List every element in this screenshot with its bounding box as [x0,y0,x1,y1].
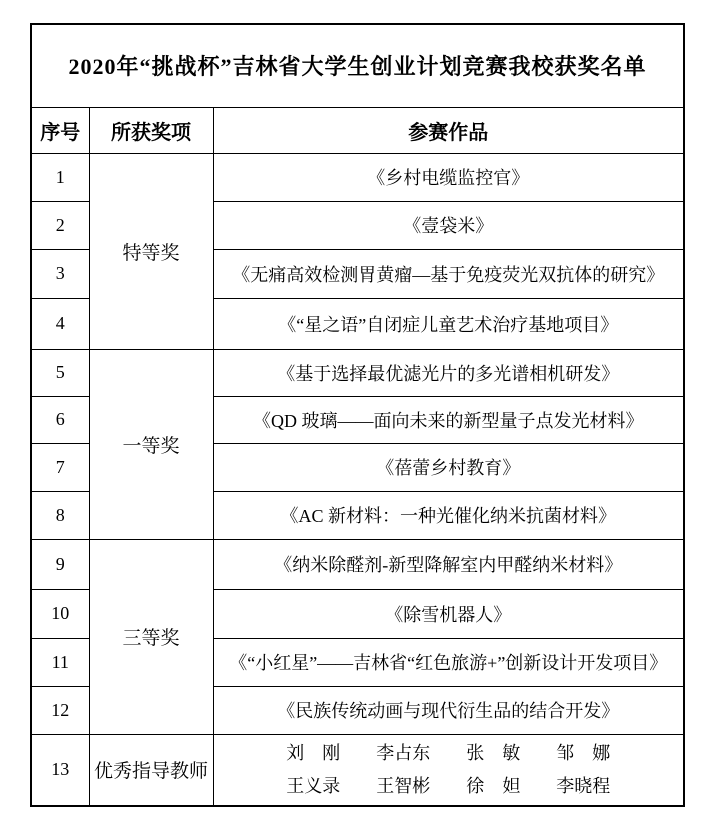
award-cell-advisors: 优秀指导教师 [89,734,213,806]
advisor-names-cell: 刘 刚 李占东 张 敏 邹 娜 王义录 王智彬 徐 妲 李晓程 [213,734,684,806]
header-no: 序号 [31,107,89,153]
document-page: 2020年“挑战杯”吉林省大学生创业计划竞赛我校获奖名单 序号 所获奖项 参赛作… [0,0,712,828]
award-cell-third-prize: 三等奖 [89,539,213,734]
table-row: 9 三等奖 《纳米除醛剂-新型降解室内甲醛纳米材料》 [31,539,684,589]
work-cell: 《乡村电缆监控官》 [213,153,684,201]
table-row: 1 特等奖 《乡村电缆监控官》 [31,153,684,201]
work-cell: 《蓓蕾乡村教育》 [213,443,684,491]
row-number-cell: 9 [31,539,89,589]
advisor-names-line-1: 刘 刚 李占东 张 敏 邹 娜 [214,737,684,770]
row-number-cell: 10 [31,589,89,638]
work-cell: 《AC 新材料：一种光催化纳米抗菌材料》 [213,491,684,539]
work-cell: 《QD 玻璃——面向未来的新型量子点发光材料》 [213,396,684,443]
row-number-cell: 6 [31,396,89,443]
row-number-cell: 7 [31,443,89,491]
row-number-cell: 11 [31,638,89,686]
row-number-cell: 8 [31,491,89,539]
work-cell: 《民族传统动画与现代衍生品的结合开发》 [213,686,684,734]
title-row: 2020年“挑战杯”吉林省大学生创业计划竞赛我校获奖名单 [31,24,684,107]
work-cell: 《除雪机器人》 [213,589,684,638]
row-number-cell: 2 [31,201,89,249]
row-number-cell: 12 [31,686,89,734]
work-cell: 《无痛高效检测胃黄瘤—基于免疫荧光双抗体的研究》 [213,249,684,298]
row-number-cell: 13 [31,734,89,806]
work-cell: 《纳米除醛剂-新型降解室内甲醛纳米材料》 [213,539,684,589]
row-number-cell: 4 [31,298,89,349]
row-number-cell: 3 [31,249,89,298]
work-cell: 《“星之语”自闭症儿童艺术治疗基地项目》 [213,298,684,349]
work-cell: 《“小红星”——吉林省“红色旅游+”创新设计开发项目》 [213,638,684,686]
award-cell-first-prize: 一等奖 [89,349,213,539]
award-cell-special-prize: 特等奖 [89,153,213,349]
row-number-cell: 1 [31,153,89,201]
header-award: 所获奖项 [89,107,213,153]
advisor-names-line-2: 王义录 王智彬 徐 妲 李晓程 [214,770,684,803]
work-cell: 《壹袋米》 [213,201,684,249]
advisor-row: 13 优秀指导教师 刘 刚 李占东 张 敏 邹 娜 王义录 王智彬 徐 妲 李晓… [31,734,684,806]
row-number-cell: 5 [31,349,89,396]
work-cell: 《基于选择最优滤光片的多光谱相机研发》 [213,349,684,396]
table-title: 2020年“挑战杯”吉林省大学生创业计划竞赛我校获奖名单 [31,24,684,107]
header-work: 参赛作品 [213,107,684,153]
header-row: 序号 所获奖项 参赛作品 [31,107,684,153]
table-row: 5 一等奖 《基于选择最优滤光片的多光谱相机研发》 [31,349,684,396]
award-table: 2020年“挑战杯”吉林省大学生创业计划竞赛我校获奖名单 序号 所获奖项 参赛作… [30,23,685,807]
